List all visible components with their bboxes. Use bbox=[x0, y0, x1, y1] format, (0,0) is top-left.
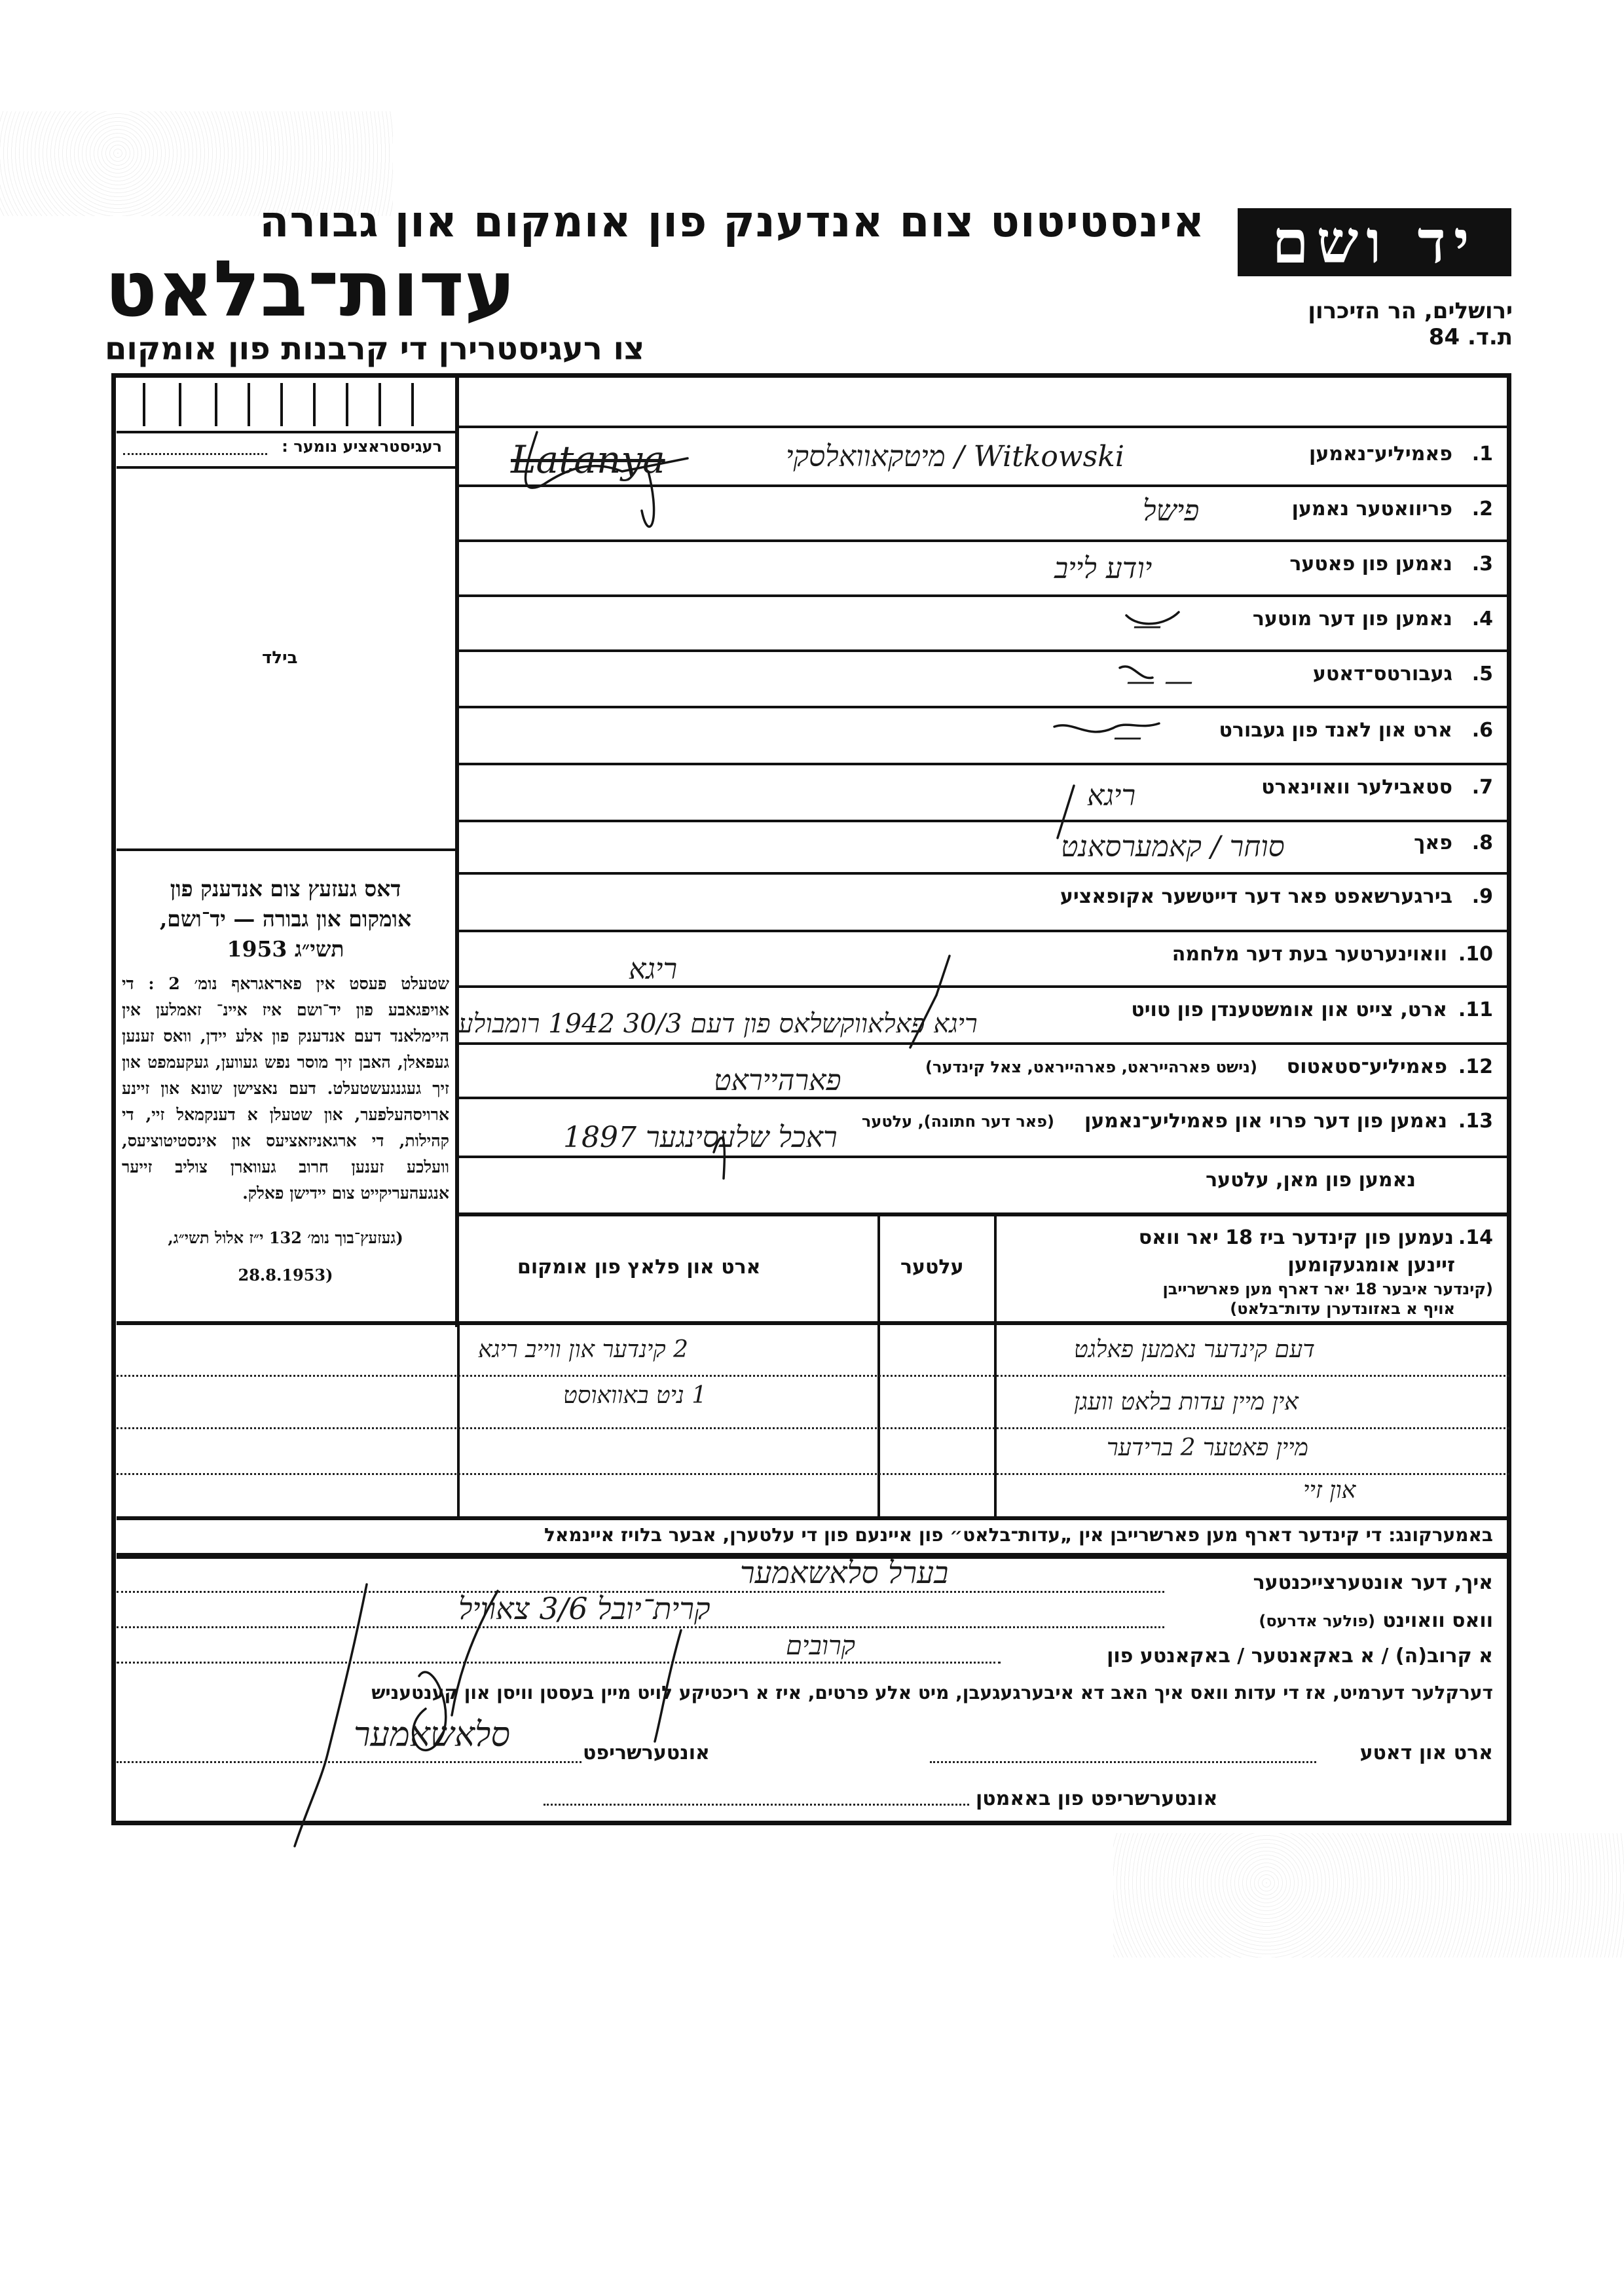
signature-strokes bbox=[0, 0, 1624, 2296]
